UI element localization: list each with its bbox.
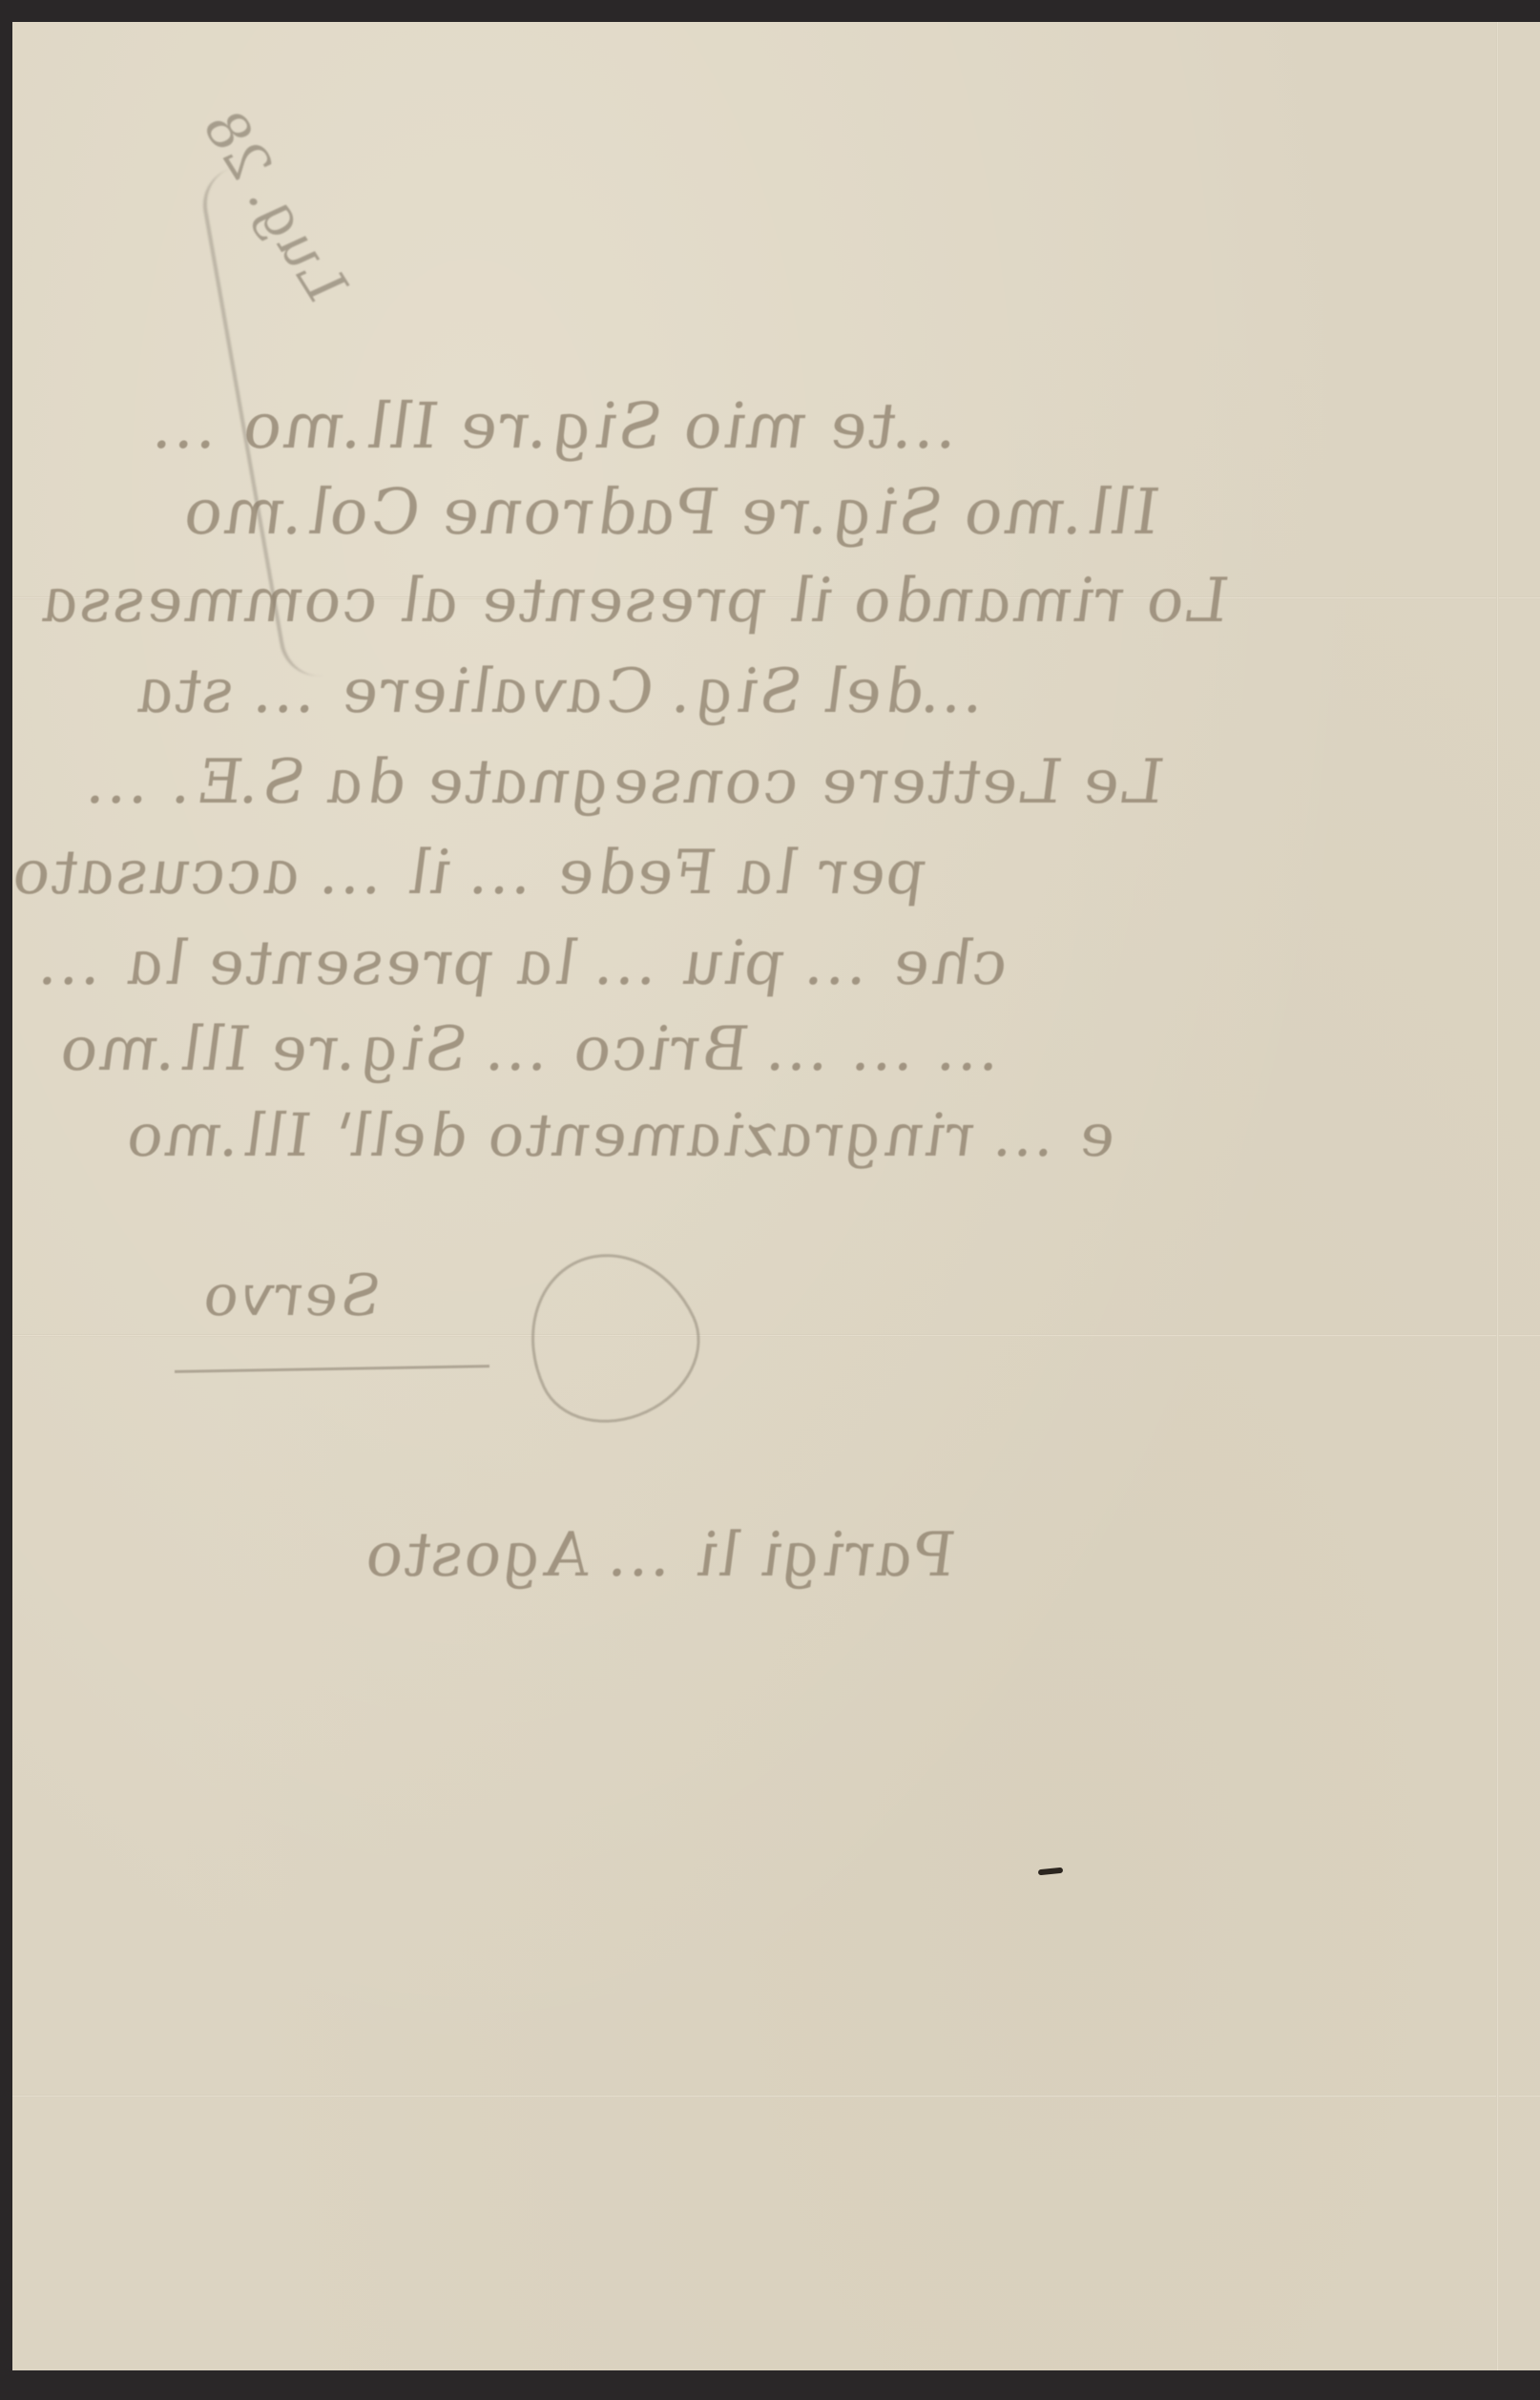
text-line: ...del Sig. Cavaliere ... sta bbox=[136, 657, 988, 727]
signature-underline bbox=[175, 1365, 489, 1373]
text-line: per la Fede ... il ... accusato bbox=[12, 838, 927, 908]
text-line: Le Lettere consegnate da S.E. ... bbox=[89, 747, 1163, 818]
ink-speck bbox=[1038, 1868, 1063, 1876]
signature-flourish bbox=[500, 1225, 723, 1449]
fold-line bbox=[12, 1334, 1540, 1337]
closing-text: Servo bbox=[203, 1263, 380, 1329]
text-line: Lo rimando il presente al commessa bbox=[41, 566, 1227, 637]
text-line: ... ... ... Brico ... Sig.re Ill.mo bbox=[60, 1014, 1004, 1085]
text-line: Ill.mo Sig.re Padrone Col.mo bbox=[184, 475, 1158, 549]
fold-line bbox=[1496, 22, 1499, 2370]
text-line: ...te mio Sig.re Ill.mo ... bbox=[156, 389, 962, 463]
manuscript-page: Lug. 28 ...te mio Sig.re Ill.mo ... Ill.… bbox=[12, 22, 1540, 2370]
fold-line bbox=[12, 2095, 1540, 2097]
text-line: e ... ringraziamento dell' Ill.mo bbox=[127, 1100, 1116, 1170]
place-date-line: Parigi li ... Agosto bbox=[365, 1520, 954, 1591]
text-line: che ... piu ... la presente la ... bbox=[41, 929, 1008, 999]
